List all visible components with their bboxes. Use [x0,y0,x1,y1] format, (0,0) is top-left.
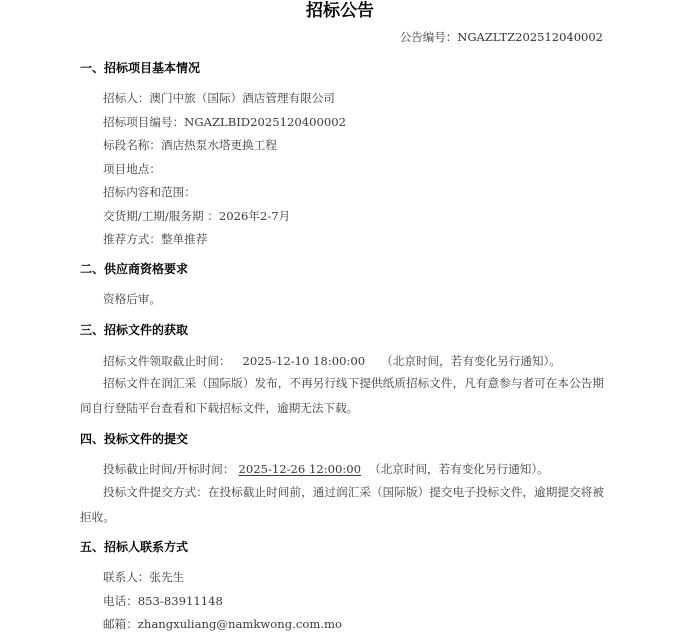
info-value: 澳门中旅（国际）酒店管理有限公司 [149,91,335,105]
contact-value: 853-83911148 [138,594,223,608]
contact-value: 张先生 [149,570,184,584]
contact-label: 邮箱： [103,617,138,631]
qualification-text: 资格后审。 [103,290,161,308]
info-label: 招标人： [103,91,149,105]
contact-email-value[interactable]: zhangxuliang@namkwong.com.mo [138,617,342,631]
info-tenderer: 招标人：澳门中旅（国际）酒店管理有限公司 [103,89,335,107]
info-delivery-period: 交货期/工期/服务期 ：2026年2-7月 [103,207,290,225]
section-heading-qualifications: 二、供应商资格要求 [80,260,188,278]
deadline-label: 投标截止时间/开标时间： [103,462,234,476]
document-obtain-paragraph: 招标文件在润汇采（国际版）发布，不再另行线下提供纸质招标文件，凡有意参与者可在本… [80,371,604,420]
info-label: 交货期/工期/服务期 ： [103,209,219,223]
contact-label: 联系人： [103,570,149,584]
deadline-value: 2025-12-10 18:00:00 [243,354,366,368]
info-scope: 招标内容和范围： [103,183,196,201]
section-heading-contact: 五、招标人联系方式 [80,538,188,556]
deadline-note: （北京时间，若有变化另行通知）。 [381,354,561,368]
bid-submission-paragraph: 投标文件提交方式：在投标截止时间前，通过润汇采（国际版）提交电子投标文件，逾期提… [80,480,604,529]
info-label: 项目地点： [103,162,161,176]
section-heading-basic-info: 一、招标项目基本情况 [80,59,200,77]
deadline-label: 招标文件领取截止时间： [103,354,231,368]
info-value: NGAZLBID2025120400002 [184,115,346,129]
deadline-note: （北京时间，若有变化另行通知）。 [369,462,549,476]
notice-number-label: 公告编号： [400,30,458,44]
info-project-location: 项目地点： [103,160,161,178]
page-title: 招标公告 [0,0,680,23]
info-label: 招标内容和范围： [103,185,196,199]
info-lot-name: 标段名称：酒店热泵水塔更换工程 [103,136,277,154]
info-label: 标段名称： [103,138,161,152]
bid-deadline: 投标截止时间/开标时间：2025-12-26 12:00:00（北京时间，若有变… [103,460,549,478]
contact-email: 邮箱：zhangxuliang@namkwong.com.mo [103,615,342,633]
info-value: 2026年2-7月 [219,209,290,223]
deadline-value: 2025-12-26 12:00:00 [234,462,369,476]
contact-phone: 电话：853-83911148 [103,592,223,610]
info-recommendation-method: 推荐方式：整单推荐 [103,230,207,248]
info-label: 招标项目编号： [103,115,184,129]
notice-number: 公告编号：NGAZLTZ202512040002 [400,29,603,45]
info-project-number: 招标项目编号：NGAZLBID2025120400002 [103,113,346,131]
section-heading-bid-submission: 四、投标文件的提交 [80,430,188,448]
contact-label: 电话： [103,594,138,608]
info-value: 酒店热泵水塔更换工程 [161,138,277,152]
info-label: 推荐方式： [103,232,161,246]
contact-person: 联系人：张先生 [103,568,184,586]
info-value: 整单推荐 [161,232,207,246]
document-deadline: 招标文件领取截止时间：2025-12-10 18:00:00（北京时间，若有变化… [103,352,561,370]
notice-number-value: NGAZLTZ202512040002 [457,30,603,44]
section-heading-obtain-documents: 三、招标文件的获取 [80,321,188,339]
